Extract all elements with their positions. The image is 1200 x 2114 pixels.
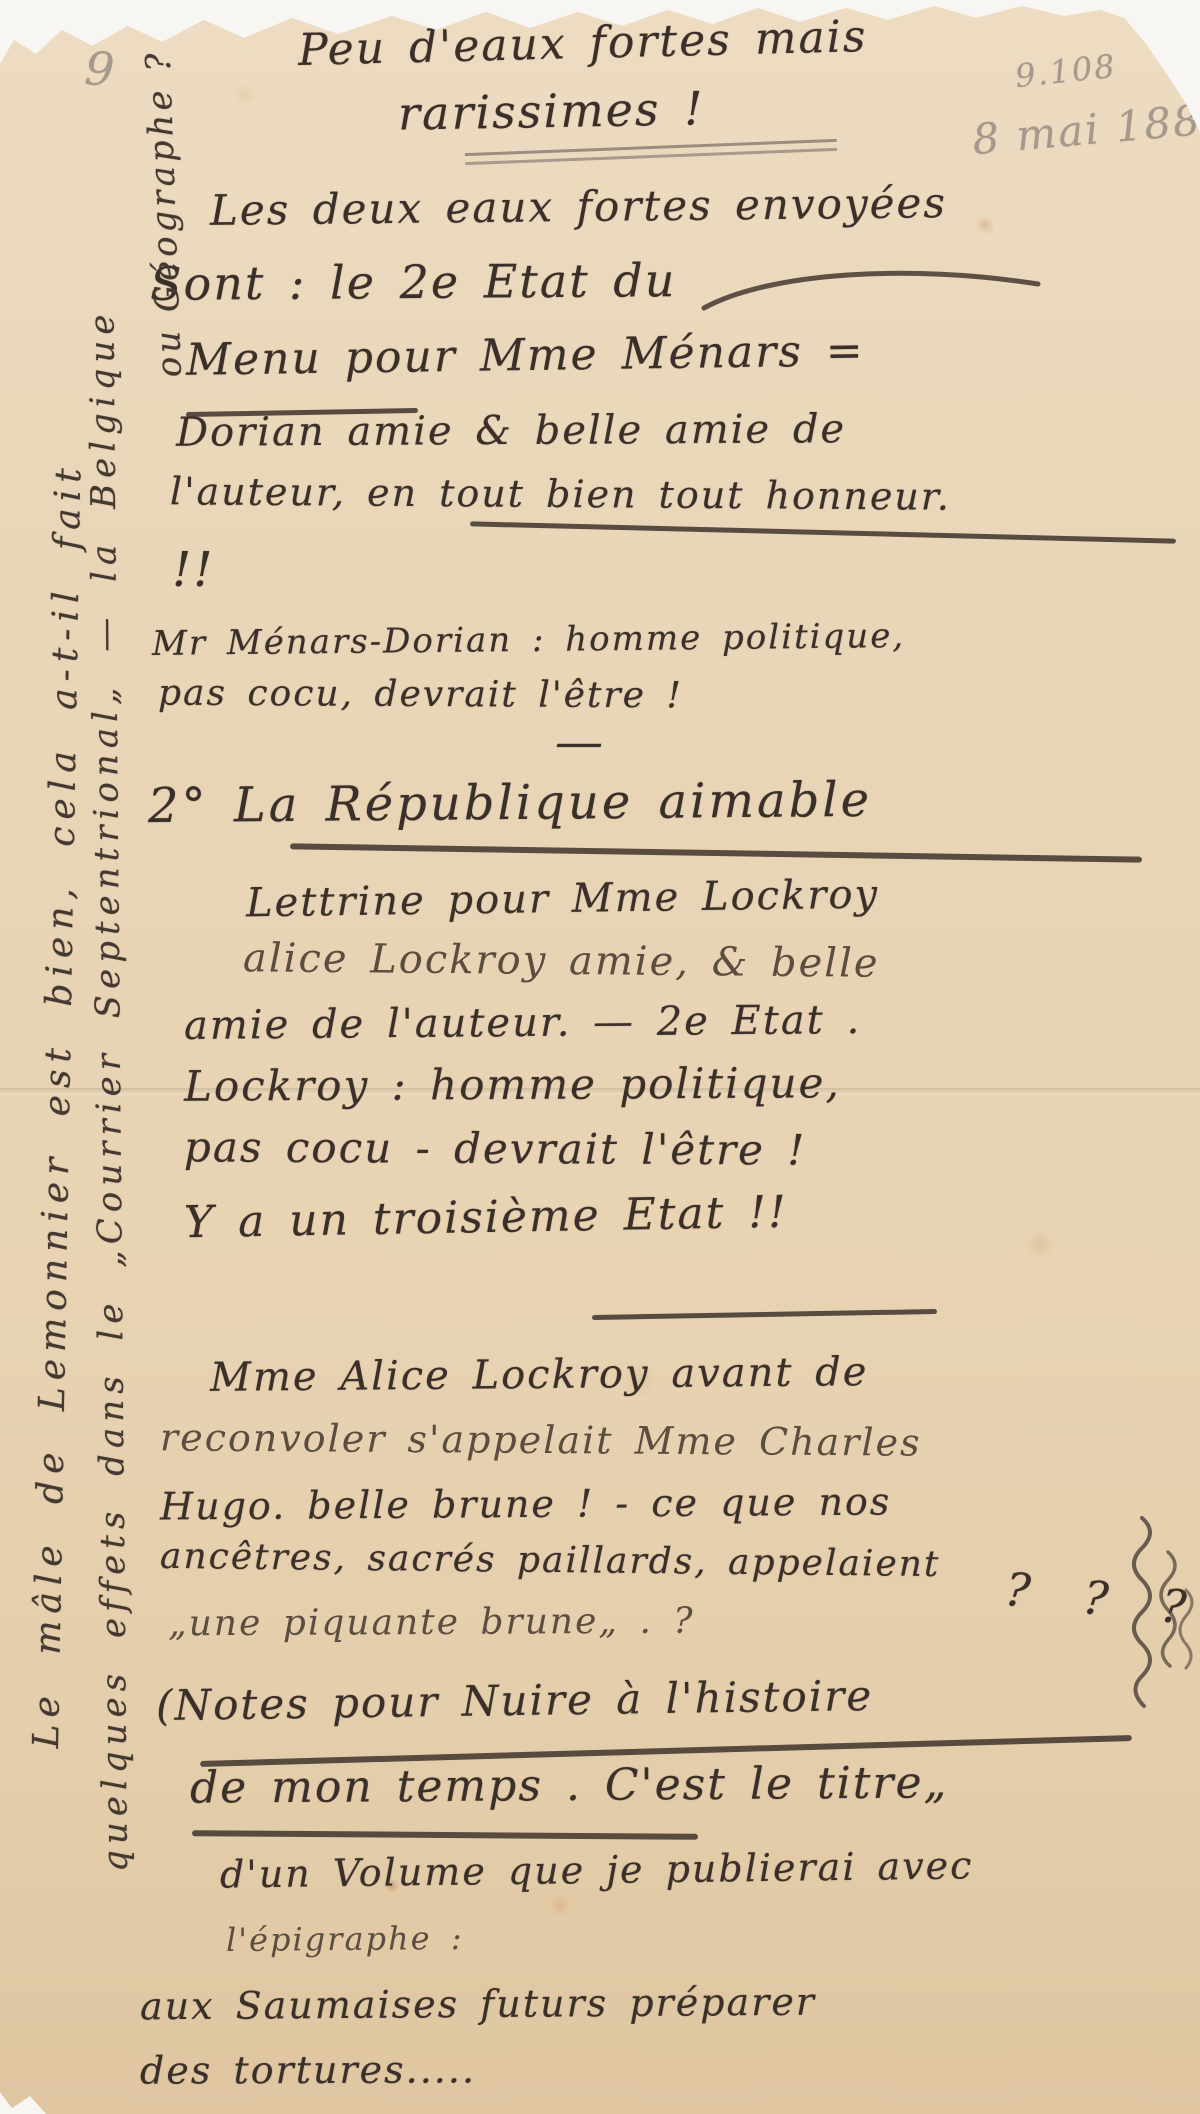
body-line: Menu pour Mme Ménars =	[186, 325, 865, 385]
body-line: pas cocu - devrait l'être !	[184, 1122, 806, 1174]
body-line: Les deux eaux fortes envoyées	[210, 178, 947, 235]
ink-rule-middle	[592, 1309, 937, 1320]
body-line: Sont : le 2e Etat du	[150, 253, 677, 311]
body-line: Lockroy : homme politique,	[184, 1058, 841, 1110]
body-line: amie de l'auteur. — 2e Etat .	[184, 997, 862, 1049]
body-line: Hugo. belle brune ! - ce que nos	[160, 1479, 892, 1528]
body-line: ancêtres, sacrés paillards, appelaient	[160, 1536, 941, 1585]
body-line: (Notes pour Nuire à l'histoire	[156, 1671, 874, 1730]
pencil-catalog-number: 9.108	[1013, 47, 1118, 95]
body-line: Mme Alice Lockroy avant de	[210, 1349, 869, 1401]
pencil-date: 8 mai 1881	[970, 93, 1200, 164]
margin-squiggle-marks	[1128, 1512, 1192, 1722]
body-line: reconvoler s'appelait Mme Charles	[160, 1415, 922, 1464]
body-line: de mon temps . C'est le titre„	[190, 1757, 949, 1813]
ink-swash	[700, 262, 1050, 322]
margin-note-line-2: quelques effets dans le „Courrier Septen…	[80, 42, 136, 1872]
letter-scan: 9 9.108 8 mai 1881 Peu d'eaux fortes mai…	[0, 0, 1200, 2114]
pencil-double-underline	[465, 139, 837, 165]
body-line: Lettrine pour Mme Lockroy	[246, 872, 880, 927]
ink-underline-republique	[290, 843, 1142, 862]
body-line: d'un Volume que je publierai avec	[220, 1843, 974, 1896]
body-line: l'auteur, en tout bien tout honneur.	[170, 469, 951, 518]
body-line: des tortures.....	[140, 2047, 476, 2092]
body-line: alice Lockroy amie, & belle	[243, 935, 880, 987]
body-line: !!	[172, 542, 215, 598]
body-line: aux Saumaises futurs préparer	[140, 1980, 816, 2029]
body-line: Y a un troisième Etat !!	[184, 1187, 789, 1249]
body-line-heading: 2° La République aimable	[148, 772, 873, 834]
body-line: Dorian amie & belle amie de	[176, 406, 846, 456]
body-line: pas cocu, devrait l'être !	[158, 673, 683, 717]
body-line: „une piquante brune„ . ?	[168, 1601, 695, 1645]
title-line-1: Peu d'eaux fortes mais	[297, 11, 867, 76]
title-line-2: rarissimes !	[398, 81, 706, 140]
body-line: Mr Ménars-Dorian : homme politique,	[152, 616, 906, 664]
section-dash: —	[555, 714, 605, 770]
ink-underline-honneur	[470, 521, 1176, 543]
body-line: l'épigraphe :	[226, 1919, 464, 1959]
ink-underline-temps	[192, 1830, 698, 1840]
paper-sheet: 9 9.108 8 mai 1881 Peu d'eaux fortes mai…	[0, 0, 1200, 2114]
margin-note-line-3: ou Géographe ?	[138, 37, 190, 378]
